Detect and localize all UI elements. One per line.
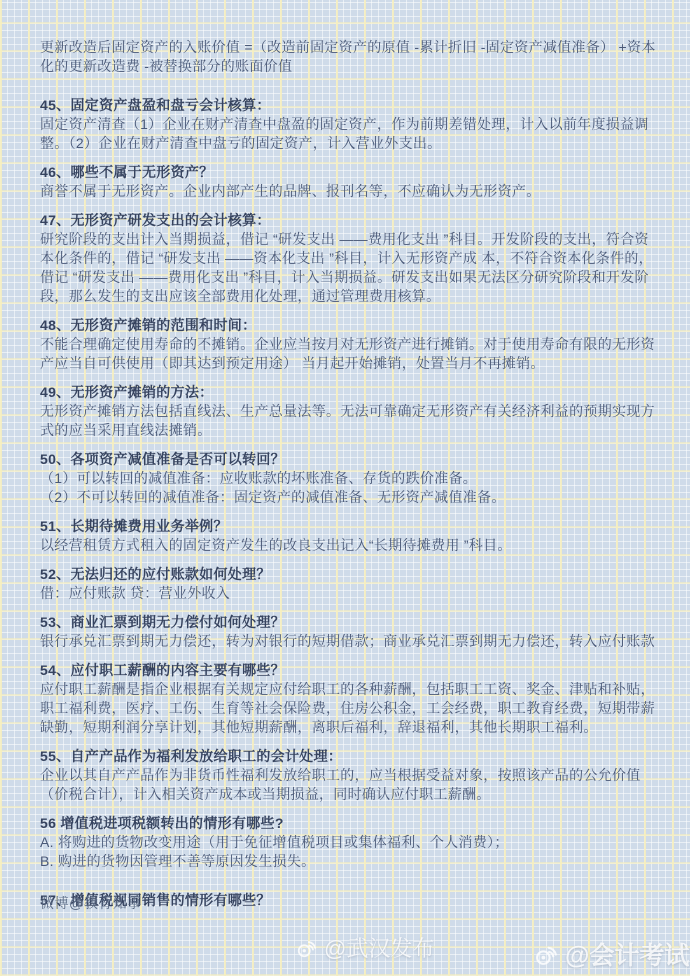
- answer-text: （1）可以转回的减值准备：应收账款的坏账准备、存货的跌价准备。 （2）不可以转回…: [40, 469, 658, 507]
- question-title: 50、各项资产减值准备是否可以转回？: [40, 450, 658, 469]
- question-title: 46、哪些不属于无形资产？: [40, 163, 658, 182]
- weibo-credit: 微博@教育知事: [40, 893, 142, 913]
- question-title: 45、固定资产盘盈和盘亏会计核算：: [40, 96, 658, 115]
- qa-section: 48、无形资产摊销的范围和时间： 不能合理确定使用寿命的不摊销。企业应当按月对无…: [40, 316, 658, 373]
- watermark-wuhan-fabu: @武汉发布: [296, 932, 434, 963]
- intro-paragraph: 更新改造后固定资产的入账价值 =（改造前固定资产的原值 -累计折旧 -固定资产减…: [40, 38, 658, 76]
- qa-section: 46、哪些不属于无形资产？ 商誉不属于无形资产。企业内部产生的品牌、报刊名等，不…: [40, 163, 658, 201]
- qa-section: 45、固定资产盘盈和盘亏会计核算： 固定资产清查（1）企业在财产清查中盘盈的固定…: [40, 96, 658, 153]
- answer-text: 以经营租赁方式租入的固定资产发生的改良支出记入“长期待摊费用 ”科目。: [40, 536, 658, 555]
- qa-section: 55、自产产品作为福利发放给职工的会计处理： 企业以其自产产品作为非货币性福利发…: [40, 747, 658, 804]
- answer-text: 商誉不属于无形资产。企业内部产生的品牌、报刊名等，不应确认为无形资产。: [40, 182, 658, 201]
- qa-section: 50、各项资产减值准备是否可以转回？ （1）可以转回的减值准备：应收账款的坏账准…: [40, 450, 658, 507]
- qa-section: 53、商业汇票到期无力偿付如何处理？ 银行承兑汇票到期无力偿还，转为对银行的短期…: [40, 613, 658, 651]
- document-page: { "theme": { "paper_base": "#cfdbe9", "g…: [0, 0, 690, 976]
- question-title: 53、商业汇票到期无力偿付如何处理？: [40, 613, 658, 632]
- question-title: 54、应付职工薪酬的内容主要有哪些？: [40, 661, 658, 680]
- answer-text: 研究阶段的支出计入当期损益，借记 “研发支出 ——费用化支出 ”科目。开发阶段的…: [40, 230, 658, 306]
- weibo-icon: [534, 942, 559, 967]
- qa-section: 52、无法归还的应付账款如何处理？ 借：应付账款 贷：营业外收入: [40, 565, 658, 603]
- watermark-label: @武汉发布: [324, 932, 434, 963]
- notes-content: 更新改造后固定资产的入账价值 =（改造前固定资产的原值 -累计折旧 -固定资产减…: [40, 38, 658, 910]
- answer-text: 无形资产摊销方法包括直线法、生产总量法等。无法可靠确定无形资产有关经济利益的预期…: [40, 402, 658, 440]
- qa-section: 51、长期待摊费用业务举例？ 以经营租赁方式租入的固定资产发生的改良支出记入“长…: [40, 517, 658, 555]
- answer-text: 应付职工薪酬是指企业根据有关规定应付给职工的各种薪酬，包括职工工资、奖金、津贴和…: [40, 680, 658, 737]
- question-title: 55、自产产品作为福利发放给职工的会计处理：: [40, 747, 658, 766]
- qa-section: 54、应付职工薪酬的内容主要有哪些？ 应付职工薪酬是指企业根据有关规定应付给职工…: [40, 661, 658, 737]
- answer-text: A. 将购进的货物改变用途（用于免征增值税项目或集体福利、个人消费）； B. 购…: [40, 833, 658, 871]
- question-title: 48、无形资产摊销的范围和时间：: [40, 316, 658, 335]
- qa-section: 47、无形资产研发支出的会计核算： 研究阶段的支出计入当期损益，借记 “研发支出…: [40, 211, 658, 306]
- qa-section: 56 增值税进项税额转出的情形有哪些? A. 将购进的货物改变用途（用于免征增值…: [40, 814, 658, 871]
- question-title: 56 增值税进项税额转出的情形有哪些?: [40, 814, 658, 833]
- question-title: 47、无形资产研发支出的会计核算：: [40, 211, 658, 230]
- watermark-kuaiji-kaoshi-zhuanjia: @会计考试专家: [534, 936, 690, 972]
- weibo-icon: [296, 937, 318, 959]
- qa-section: 49、无形资产摊销的方法： 无形资产摊销方法包括直线法、生产总量法等。无法可靠确…: [40, 383, 658, 440]
- question-title: 49、无形资产摊销的方法：: [40, 383, 658, 402]
- answer-text: 借：应付账款 贷：营业外收入: [40, 584, 658, 603]
- answer-text: 不能合理确定使用寿命的不摊销。企业应当按月对无形资产进行摊销。对于使用寿命有限的…: [40, 335, 658, 373]
- question-title: 51、长期待摊费用业务举例？: [40, 517, 658, 536]
- question-title: 52、无法归还的应付账款如何处理？: [40, 565, 658, 584]
- watermark-label: @会计考试专家: [565, 936, 690, 972]
- answer-text: 银行承兑汇票到期无力偿还，转为对银行的短期借款；商业承兑汇票到期无力偿还，转入应…: [40, 632, 658, 651]
- answer-text: 固定资产清查（1）企业在财产清查中盘盈的固定资产，作为前期差错处理，计入以前年度…: [40, 115, 658, 153]
- answer-text: 企业以其自产产品作为非货币性福利发放给职工的，应当根据受益对象，按照该产品的公允…: [40, 766, 658, 804]
